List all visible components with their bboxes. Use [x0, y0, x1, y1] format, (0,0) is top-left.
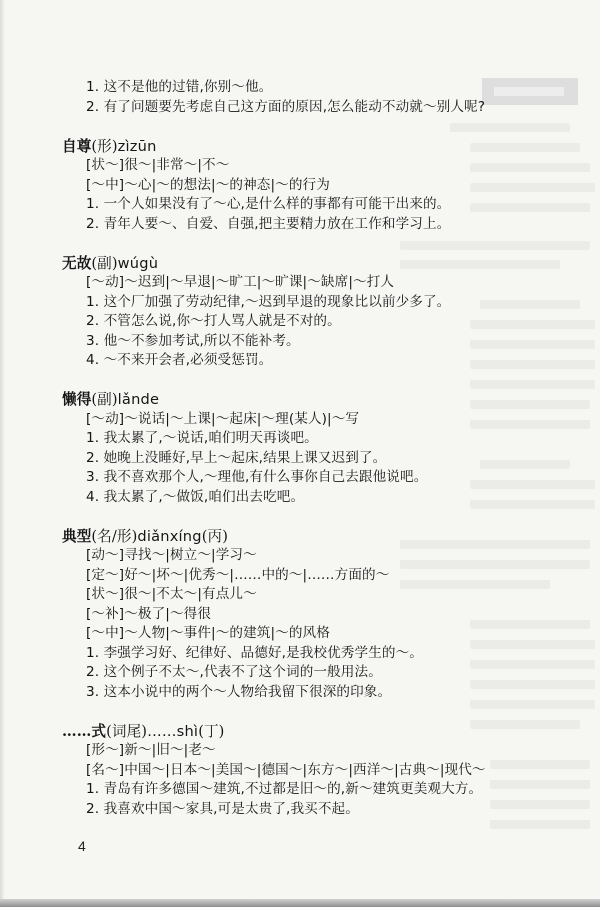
entry-heading: ……式(词尾)……shì(丁) — [0, 722, 600, 742]
example-sentence: 1. 这个厂加强了劳动纪律,～迟到早退的现象比以前少多了。 — [0, 293, 600, 313]
entry-heading: 典型(名/形)diǎnxíng(丙) — [0, 527, 600, 547]
level-tag: (丁) — [198, 723, 224, 740]
headword: 懒得 — [62, 391, 91, 408]
pinyin: diǎnxíng — [137, 528, 201, 545]
headword: 典型 — [62, 528, 91, 545]
collocation-line: [动～]寻找～|树立～|学习～ — [0, 546, 600, 566]
collocation-line: [～中]～人物|～事件|～的建筑|～的风格 — [0, 624, 600, 644]
dictionary-page-body: 1. 这不是他的过错,你别～他。 2. 有了问题要先考虑自己这方面的原因,怎么能… — [0, 78, 600, 819]
example-sentence: 2. 这个例子不太～,代表不了这个词的一般用法。 — [0, 663, 600, 683]
example-sentence: 3. 这本小说中的两个～人物给我留下很深的印象。 — [0, 683, 600, 703]
collocation-line: [～动]～迟到|～早退|～旷工|～旷课|～缺席|～打人 — [0, 273, 600, 293]
part-of-speech: (副) — [91, 255, 117, 272]
pinyin: ……shì — [147, 723, 198, 740]
collocation-line: [状～]很～|不太～|有点儿～ — [0, 585, 600, 605]
spacer — [0, 234, 600, 254]
collocation-line: [～动]～说话|～上课|～起床|～理(某人)|～写 — [0, 410, 600, 430]
entry-heading: 懒得(副)lǎnde — [0, 390, 600, 410]
example-sentence: 1. 我太累了,～说话,咱们明天再谈吧。 — [0, 429, 600, 449]
page-bottom-edge — [0, 899, 600, 907]
spacer — [0, 702, 600, 722]
example-sentence: 3. 我不喜欢那个人,～理他,有什么事你自己去跟他说吧。 — [0, 468, 600, 488]
collocation-line: [～补]～极了|～得很 — [0, 605, 600, 625]
collocation-line: [形～]新～|旧～|老～ — [0, 741, 600, 761]
pinyin: wúgù — [118, 255, 159, 272]
collocation-line: [定～]好～|坏～|优秀～|……中的～|……方面的～ — [0, 566, 600, 586]
pinyin: lǎnde — [118, 391, 160, 408]
headword: 自尊 — [62, 138, 91, 155]
example-sentence: 3. 他～不参加考试,所以不能补考。 — [0, 332, 600, 352]
example-sentence: 1. 青岛有许多德国～建筑,不过都是旧～的,新～建筑更美观大方。 — [0, 780, 600, 800]
example-sentence: 2. 她晚上没睡好,早上～起床,结果上课又迟到了。 — [0, 449, 600, 469]
example-sentence: 2. 青年人要～、自爱、自强,把主要精力放在工作和学习上。 — [0, 215, 600, 235]
part-of-speech: (副) — [91, 391, 117, 408]
pinyin: zìzūn — [118, 138, 157, 155]
example-sentence: 4. ～不来开会者,必须受惩罚。 — [0, 351, 600, 371]
level-tag: (丙) — [202, 528, 228, 545]
part-of-speech: (词尾) — [106, 723, 147, 740]
spacer — [0, 507, 600, 527]
entry-heading: 无故(副)wúgù — [0, 254, 600, 274]
headword: ……式 — [62, 723, 106, 740]
spacer — [0, 371, 600, 391]
page-number: 4 — [78, 838, 86, 854]
collocation-line: [名～]中国～|日本～|美国～|德国～|东方～|西洋～|古典～|现代～ — [0, 761, 600, 781]
part-of-speech: (名/形) — [91, 528, 137, 545]
part-of-speech: (形) — [91, 138, 117, 155]
example-sentence: 2. 我喜欢中国～家具,可是太贵了,我买不起。 — [0, 800, 600, 820]
collocation-line: [～中]～心|～的想法|～的神态|～的行为 — [0, 176, 600, 196]
example-sentence: 4. 我太累了,～做饭,咱们出去吃吧。 — [0, 488, 600, 508]
example-sentence: 1. 李强学习好、纪律好、品德好,是我校优秀学生的～。 — [0, 644, 600, 664]
example-sentence: 1. 一个人如果没有了～心,是什么样的事都有可能干出来的。 — [0, 195, 600, 215]
example-sentence: 2. 有了问题要先考虑自己这方面的原因,怎么能动不动就～别人呢? — [0, 98, 600, 118]
spacer — [0, 117, 600, 137]
collocation-line: [状～]很～|非常～|不～ — [0, 156, 600, 176]
entry-heading: 自尊(形)zìzūn — [0, 137, 600, 157]
example-sentence: 2. 不管怎么说,你～打人骂人就是不对的。 — [0, 312, 600, 332]
headword: 无故 — [62, 255, 91, 272]
example-sentence: 1. 这不是他的过错,你别～他。 — [0, 78, 600, 98]
